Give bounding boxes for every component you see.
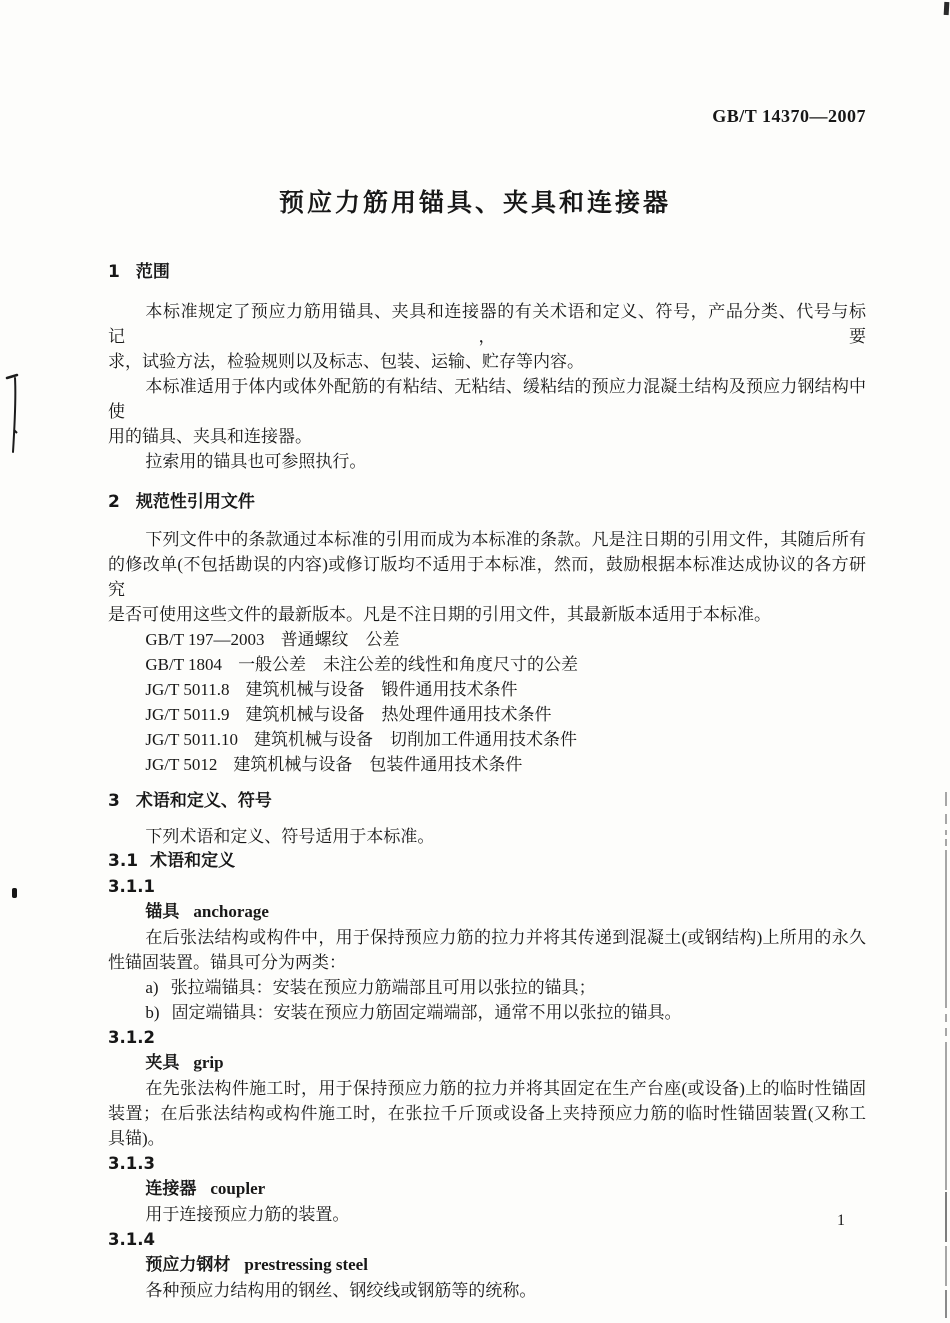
terms-intro: 下列术语和定义、符号适用于本标准。: [108, 824, 866, 849]
term-chinese: 锚具: [145, 902, 179, 922]
page-number: 1: [837, 1212, 845, 1230]
standard-code: GB/T 14370—2007: [712, 106, 866, 127]
term-chinese: 预应力钢材: [145, 1255, 230, 1275]
scan-artifact-dot: [12, 888, 17, 898]
text-line: 具锚)。: [108, 1126, 866, 1151]
text-line: 用的锚具、夹具和连接器。: [108, 424, 866, 449]
reference-code: GB/T 1804: [145, 655, 222, 674]
text-line: 各种预应力结构用的钢丝、钢绞线或钢筋等的统称。: [108, 1278, 866, 1303]
term-entry-prestressing-steel: 3.1.4 预应力钢材prestressing steel 各种预应力结构用的钢…: [108, 1227, 866, 1303]
scan-artifact-corner-tick: [944, 2, 950, 15]
text-line: 在后张法结构或构件中，用于保持预应力筋的拉力并将其传递到混凝土(或钢结构)上所用…: [108, 925, 866, 950]
term-entry-anchorage: 3.1.1 锚具anchorage 在后张法结构或构件中，用于保持预应力筋的拉力…: [108, 874, 866, 1025]
text-line: 求，试验方法，检验规则以及标志、包装、运输、贮存等内容。: [108, 349, 866, 374]
list-marker: b): [145, 1003, 159, 1022]
section-2-number: 2: [108, 492, 120, 512]
term-english: coupler: [210, 1179, 265, 1198]
text-line: 拉索用的锚具也可参照执行。: [108, 449, 866, 474]
scope-paragraph-3: 拉索用的锚具也可参照执行。: [108, 449, 866, 474]
text-line: 本标准规定了预应力筋用锚具、夹具和连接器的有关术语和定义、符号，产品分类、代号与…: [108, 299, 866, 349]
scope-paragraph-2: 本标准适用于体内或体外配筋的有粘结、无粘结、缓粘结的预应力混凝土结构及预应力钢结…: [108, 374, 866, 449]
term-english: prestressing steel: [244, 1255, 368, 1274]
term-list-item-a: a)张拉端锚具：安装在预应力筋端部且可用以张拉的锚具；: [108, 975, 866, 1000]
term-heading: 预应力钢材prestressing steel: [108, 1252, 866, 1278]
term-number: 3.1.4: [108, 1227, 866, 1252]
scan-artifact-edge-line: [945, 814, 947, 824]
term-english: anchorage: [193, 902, 269, 921]
section-1-title: 范围: [136, 262, 170, 282]
list-marker: a): [145, 978, 158, 997]
subsection-3-1-number: 3.1: [108, 851, 138, 871]
section-3-number: 3: [108, 791, 120, 811]
section-3-title: 术语和定义、符号: [136, 791, 272, 811]
reference-item: GB/T 1804一般公差 未注公差的线性和角度尺寸的公差: [108, 652, 866, 677]
reference-code: JG/T 5011.8: [145, 680, 229, 699]
term-number: 3.1.3: [108, 1151, 866, 1176]
subsection-3-1-heading: 3.1术语和定义: [108, 849, 866, 874]
document-page: GB/T 14370—2007 预应力筋用锚具、夹具和连接器 1范围 本标准规定…: [0, 0, 950, 1323]
text-line: 是否可使用这些文件的最新版本。凡是不注日期的引用文件，其最新版本适用于本标准。: [108, 602, 866, 627]
section-1-heading: 1范围: [108, 260, 866, 285]
scope-paragraph-1: 本标准规定了预应力筋用锚具、夹具和连接器的有关术语和定义、符号，产品分类、代号与…: [108, 299, 866, 374]
list-text: 张拉端锚具：安装在预应力筋端部且可用以张拉的锚具；: [171, 978, 596, 997]
term-heading: 锚具anchorage: [108, 899, 866, 925]
term-chinese: 夹具: [145, 1053, 179, 1073]
reference-item: JG/T 5012建筑机械与设备 包装件通用技术条件: [108, 752, 866, 777]
reference-item: GB/T 197—2003普通螺纹 公差: [108, 627, 866, 652]
reference-title: 建筑机械与设备 热处理件通用技术条件: [245, 705, 551, 724]
section-2-heading: 2规范性引用文件: [108, 490, 866, 515]
text-line: 下列文件中的条款通过本标准的引用而成为本标准的条款。凡是注日期的引用文件，其随后…: [108, 527, 866, 552]
section-3-heading: 3术语和定义、符号: [108, 789, 866, 814]
scan-artifact-edge-line: [945, 1028, 947, 1036]
reference-title: 建筑机械与设备 锻件通用技术条件: [245, 680, 517, 699]
scan-artifact-edge-line: [945, 1192, 947, 1242]
reference-item: JG/T 5011.8建筑机械与设备 锻件通用技术条件: [108, 677, 866, 702]
section-1-number: 1: [108, 262, 120, 282]
scan-artifact-edge-line: [945, 850, 947, 1008]
term-heading: 夹具grip: [108, 1050, 866, 1076]
scan-artifact-edge-line: [945, 1290, 947, 1318]
reference-title: 普通螺纹 公差: [281, 630, 400, 649]
document-body: 1范围 本标准规定了预应力筋用锚具、夹具和连接器的有关术语和定义、符号，产品分类…: [108, 260, 866, 1303]
list-text: 固定端锚具：安装在预应力筋固定端端部，通常不用以张拉的锚具。: [172, 1003, 682, 1022]
term-heading: 连接器coupler: [108, 1176, 866, 1202]
reference-item: JG/T 5011.9建筑机械与设备 热处理件通用技术条件: [108, 702, 866, 727]
reference-list: GB/T 197—2003普通螺纹 公差 GB/T 1804一般公差 未注公差的…: [108, 627, 866, 777]
term-chinese: 连接器: [145, 1179, 196, 1199]
scan-artifact-edge-line: [945, 1246, 947, 1286]
handwritten-margin-mark: [0, 368, 32, 468]
term-number: 3.1.2: [108, 1025, 866, 1050]
subsection-3-1-title: 术语和定义: [150, 851, 235, 871]
text-line: 的修改单(不包括勘误的内容)或修订版均不适用于本标准，然而，鼓励根据本标准达成协…: [108, 552, 866, 602]
reference-code: JG/T 5011.9: [145, 705, 229, 724]
reference-title: 建筑机械与设备 包装件通用技术条件: [233, 755, 522, 774]
reference-code: JG/T 5011.10: [145, 730, 238, 749]
term-list-item-b: b)固定端锚具：安装在预应力筋固定端端部，通常不用以张拉的锚具。: [108, 1000, 866, 1025]
reference-code: GB/T 197—2003: [145, 630, 264, 649]
scan-artifact-edge-line: [945, 830, 947, 835]
document-title: 预应力筋用锚具、夹具和连接器: [0, 183, 950, 219]
reference-item: JG/T 5011.10建筑机械与设备 切削加工件通用技术条件: [108, 727, 866, 752]
refs-intro-paragraph: 下列文件中的条款通过本标准的引用而成为本标准的条款。凡是注日期的引用文件，其随后…: [108, 527, 866, 627]
term-entry-coupler: 3.1.3 连接器coupler 用于连接预应力筋的装置。: [108, 1151, 866, 1227]
text-line: 装置；在后张法结构或构件施工时，在张拉千斤顶或设备上夹持预应力筋的临时性锚固装置…: [108, 1101, 866, 1126]
text-line: 用于连接预应力筋的装置。: [108, 1202, 866, 1227]
scan-artifact-edge-line: [945, 1042, 947, 1190]
section-2-title: 规范性引用文件: [136, 492, 255, 512]
term-number: 3.1.1: [108, 874, 866, 899]
scan-artifact-edge-line: [945, 1014, 947, 1022]
term-entry-grip: 3.1.2 夹具grip 在先张法构件施工时，用于保持预应力筋的拉力并将其固定在…: [108, 1025, 866, 1151]
text-line: 性锚固装置。锚具可分为两类：: [108, 950, 866, 975]
text-line: 在先张法构件施工时，用于保持预应力筋的拉力并将其固定在生产台座(或设备)上的临时…: [108, 1076, 866, 1101]
reference-title: 建筑机械与设备 切削加工件通用技术条件: [254, 730, 577, 749]
reference-code: JG/T 5012: [145, 755, 217, 774]
term-english: grip: [193, 1053, 223, 1072]
reference-title: 一般公差 未注公差的线性和角度尺寸的公差: [238, 655, 578, 674]
scan-artifact-edge-line: [945, 839, 947, 846]
scan-artifact-edge-line: [945, 792, 947, 806]
text-line: 本标准适用于体内或体外配筋的有粘结、无粘结、缓粘结的预应力混凝土结构及预应力钢结…: [108, 374, 866, 424]
